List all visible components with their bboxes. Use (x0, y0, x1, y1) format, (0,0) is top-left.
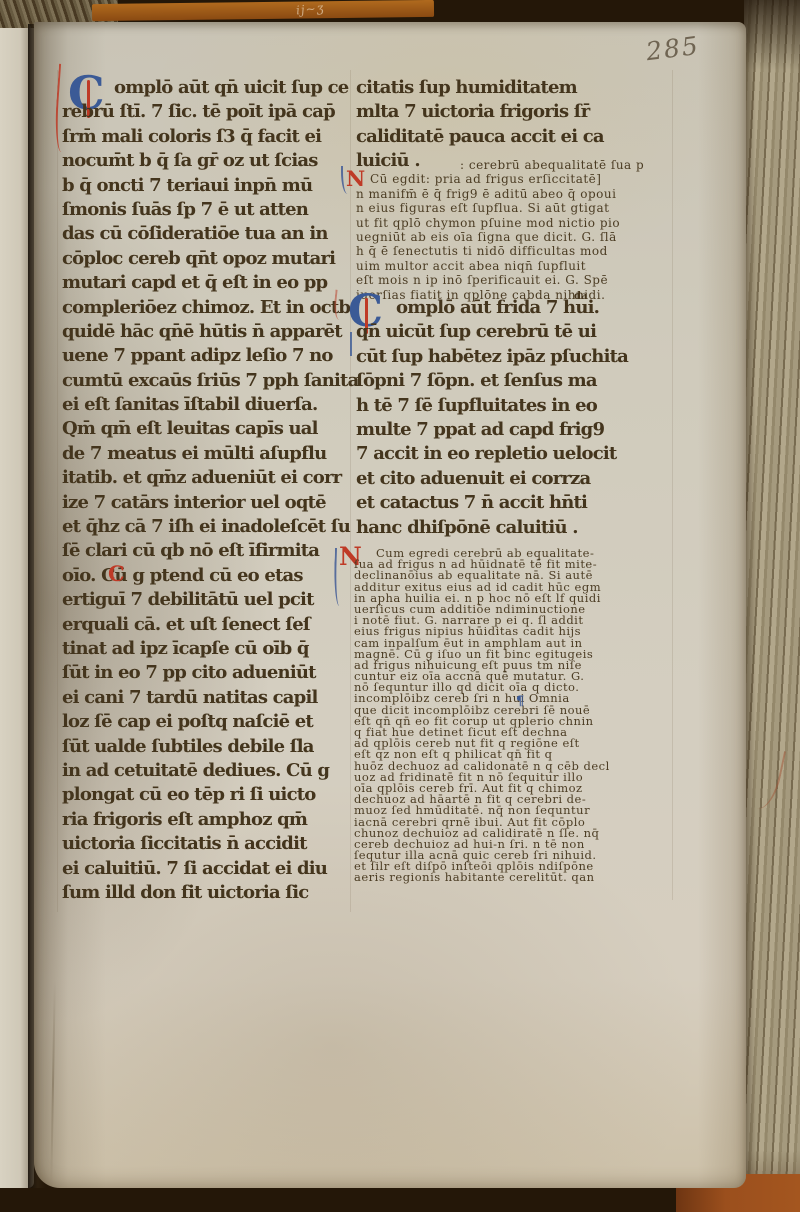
text-line: tinat ad ipz īcapſe cū oīb q̄ (62, 637, 352, 661)
text-line: de 7 meatus ei mūlti aſupflu (62, 442, 352, 466)
text-line: ſrm̄ mali coloris ſ3 q̄ facit ei (62, 125, 352, 149)
text-line: ut fit qplō chymon pſuine mod nictio pio (356, 216, 686, 230)
fore-edge-page-stack (744, 0, 800, 1190)
text-line: uene 7 ppant adipz leſio 7 no (62, 344, 352, 368)
text-line: ria frigoris eſt amphoz qm̄ (62, 808, 352, 832)
text-line: ei eſt ſanitas īſtabil diuerſa. (62, 393, 352, 417)
text-line: eſt mois n ip inō ſperificauit ei. G. Sp… (356, 273, 686, 287)
text-line: ſē clari cū qb nō eſt īfirmita (62, 539, 352, 563)
text-line: in ad cetuitatē dediues. Cū g (62, 759, 352, 783)
text-line: uegniūt ab eis oīa ſigna que dicit. G. ſ… (356, 230, 686, 244)
text-line: ſōpni 7 ſōpn. et ſenſus ma (356, 369, 686, 393)
ruling-line (57, 70, 58, 912)
text-line: loz ſē cap ei poſtq naſciē et (62, 710, 352, 734)
text-line: erquali cā. et uſt ſenect ſeſ (62, 613, 352, 637)
gloss-block-2: Cum egredi cerebrū ab equalitate-ſua ad … (354, 548, 690, 884)
top-edge-inscription: ij~ʒ (295, 1, 325, 18)
text-line: itatib. et qm̄z adueniūt ei corr (62, 466, 352, 490)
text-line: hanc dhiſpōnē caluitiū . (356, 516, 686, 540)
text-line: cūt ſup habētez ipāz pſuchita (356, 345, 686, 369)
book-edge-top-strip (92, 0, 434, 21)
penwork-flourish-blue (350, 332, 352, 356)
text-line: compleriōez chimoz. Et in octb (62, 296, 352, 320)
text-line: rebrū ſtī. 7 ſic. tē poīt ipā cap̄ (62, 100, 352, 124)
rubric-paraph: C (108, 561, 125, 586)
manuscript-photo: ij~ʒ 285 C omplō aūt qn̄ uicit ſup cereb… (0, 0, 800, 1212)
text-line: b q̄ oncti 7 teriaui inpn̄ mū (62, 174, 352, 198)
text-line: ertiguī 7 debilitātū uel pcit (62, 588, 352, 612)
text-line: quidē hāc qn̄ē hūtis n̄ apparēt (62, 320, 352, 344)
text-line: ſūt ualde ſubtiles debile ſla (62, 735, 352, 759)
text-line: n eius figuras eſt ſupflua. Si aūt gtiga… (356, 201, 686, 215)
text-line: h tē 7 ſē ſupfluitates in eo (356, 394, 686, 418)
text-line: citatis ſup humiditatem (356, 76, 686, 100)
text-line: aeris regionis habitante cerelitūt. qan (354, 872, 690, 883)
text-line: ſmonis ſuās ſp 7 ē ut atten (62, 198, 352, 222)
text-line: Cū egdit: pria ad frigus erſiccitatē] (356, 172, 686, 186)
text-line: ei caluitiū. 7 ſi accidat ei diu (62, 857, 352, 881)
text-line: plongat cū eo tēp ri ſi uicto (62, 783, 352, 807)
text-line: h q̄ ē ſenectutis ti nidō difficultas mo… (356, 244, 686, 258)
text-line: cōploc cereb qn̄t opoz mutari (62, 247, 352, 271)
text-line: ei cani 7 tardū natitas capil (62, 686, 352, 710)
text-line: mutari capd et q̄ eſt in eo pp (62, 271, 352, 295)
text-line: oīo. Cū g ptend cū eo etas (62, 564, 352, 588)
text-line: omplō aūt qn̄ uicit ſup ce (62, 76, 352, 100)
text-line: et cito aduenuit ei corrza (356, 467, 686, 491)
text-line: ſum illd don fit uictoria ſic (62, 881, 352, 905)
text-line: n manifm̄ ē q̄ frig9 ē aditū abeo q̄ opo… (356, 187, 686, 201)
text-line: et q̄hz cā 7 iſh ei inadoleſcēt ſu (62, 515, 352, 539)
text-line: das cū cōſideratiōe tua an in (62, 222, 352, 246)
text-line: qn̄ uicūt ſup cerebrū tē ui (356, 320, 686, 344)
text-line: multe 7 ppat ad capd frig9 (356, 418, 686, 442)
text-line: et catactus 7 n̄ accit hn̄ti (356, 491, 686, 515)
text-line: 7 accit in eo repletio uelocit (356, 442, 686, 466)
left-text-column: omplō aūt qn̄ uicit ſup cerebrū ſtī. 7 ſ… (62, 76, 352, 905)
gloss-block-1: : cerebrū abequalitatē ſua pCū egdit: pr… (356, 158, 686, 302)
text-line: ſūt in eo 7 pp cito adueniūt (62, 661, 352, 685)
text-line: ize 7 catārs interior uel oqtē (62, 491, 352, 515)
text-line: cumtū excaūs ſriūs 7 pph ſanita (62, 369, 352, 393)
text-line: nocum̄t b q̄ ſa gr̄ oz ut ſcias (62, 149, 352, 173)
text-line: uim multor accit abea niqn̄ ſupfluit (356, 259, 686, 273)
text-line: mlta 7 uictoria frigoris ſr̄ (356, 100, 686, 124)
text-line: : cerebrū abequalitatē ſua p (356, 158, 686, 172)
right-text-block-main: omplō aūt frida 7 hui.qn̄ uicūt ſup cere… (356, 296, 686, 540)
text-line: omplō aūt frida 7 hui. (356, 296, 686, 320)
text-line: uictoria ſiccitatis n̄ accidit (62, 832, 352, 856)
text-line: caliditatē pauca accit ei ca (356, 125, 686, 149)
text-line: Qm̄ qm̄ eſt leuitas capīs ual (62, 417, 352, 441)
blue-paraph: ¶ (516, 694, 524, 709)
